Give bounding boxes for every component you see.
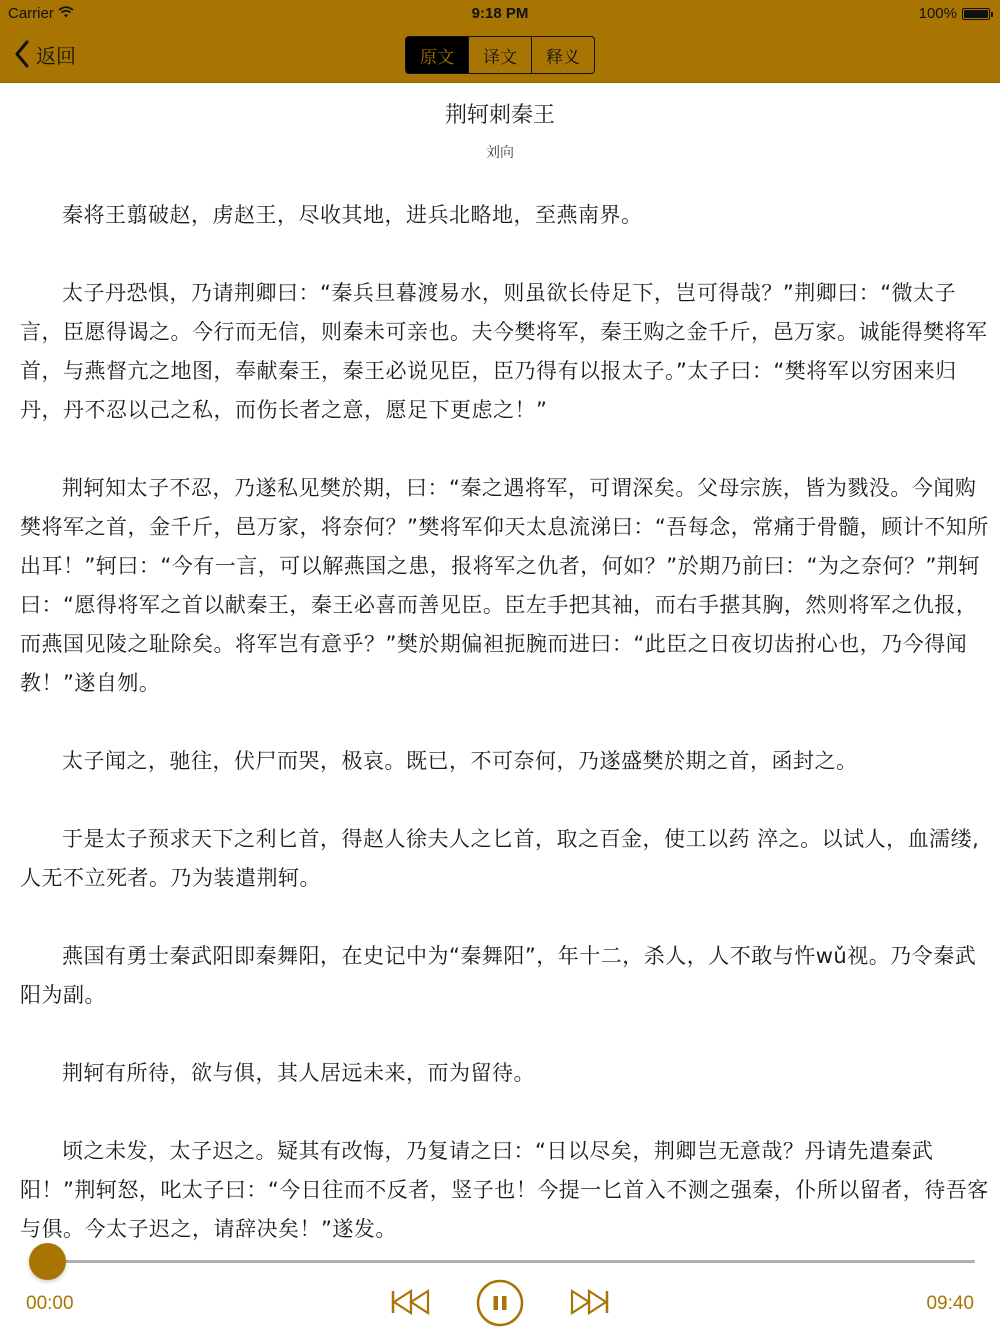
paragraph: 燕国有勇士秦武阳即秦舞阳，在史记中为“秦舞阳”，年十二，杀人，人不敢与忤wǔ视。… xyxy=(20,937,992,1015)
progress-slider[interactable] xyxy=(47,1260,975,1263)
skip-back-icon xyxy=(390,1289,430,1319)
paragraph: 荆轲有所待，欲与俱，其人居远未来，而为留待。 xyxy=(20,1054,992,1093)
pause-icon xyxy=(476,1279,524,1331)
paragraph: 太子丹恐惧，乃请荆卿曰：“秦兵旦暮渡易水，则虽欲长侍足下，岂可得哉？”荆卿曰：“… xyxy=(20,274,992,430)
tab-annotation[interactable]: 释义 xyxy=(531,37,594,73)
back-label: 返回 xyxy=(36,40,76,69)
total-time: 09:40 xyxy=(926,1293,974,1315)
battery-percent: 100% xyxy=(919,5,957,22)
article-body: 秦将王翦破赵，虏赵王，尽收其地，进兵北略地，至燕南界。 太子丹恐惧，乃请荆卿曰：… xyxy=(20,196,992,1246)
article-title: 荆轲刺秦王 xyxy=(0,98,1000,129)
play-pause-button[interactable] xyxy=(476,1281,524,1329)
tab-translation[interactable]: 译文 xyxy=(468,37,531,73)
chevron-left-icon xyxy=(14,40,30,68)
paragraph: 太子闻之，驰往，伏尸而哭，极哀。既已，不可奈何，乃遂盛樊於期之首，函封之。 xyxy=(20,742,992,781)
nav-header: Carrier 9:18 PM 100% 返回 xyxy=(0,0,1000,83)
paragraph: 荆轲知太子不忍，乃遂私见樊於期，曰：“秦之遇将军，可谓深矣。父母宗族，皆为戮没。… xyxy=(20,469,992,703)
article-author: 刘向 xyxy=(0,142,1000,162)
previous-button[interactable] xyxy=(388,1290,432,1318)
audio-player: 00:00 09:40 xyxy=(0,1245,1000,1333)
status-bar: Carrier 9:18 PM 100% xyxy=(0,0,1000,28)
progress-slider-thumb[interactable] xyxy=(29,1243,66,1280)
status-time: 9:18 PM xyxy=(0,5,1000,22)
status-battery: 100% xyxy=(919,5,990,22)
article-scroll-view[interactable]: 荆轲刺秦王 刘向 秦将王翦破赵，虏赵王，尽收其地，进兵北略地，至燕南界。 太子丹… xyxy=(0,84,1000,1246)
view-mode-segmented-control: 原文 译文 释义 xyxy=(405,36,595,74)
paragraph: 秦将王翦破赵，虏赵王，尽收其地，进兵北略地，至燕南界。 xyxy=(20,196,992,235)
next-button[interactable] xyxy=(568,1290,612,1318)
battery-icon xyxy=(962,8,990,20)
paragraph: 顷之未发，太子迟之。疑其有改悔，乃复请之曰：“日以尽矣，荆卿岂无意哉？丹请先遣秦… xyxy=(20,1132,992,1246)
tab-original-text[interactable]: 原文 xyxy=(406,37,468,73)
current-time: 00:00 xyxy=(26,1293,74,1315)
back-button[interactable]: 返回 xyxy=(14,38,76,70)
paragraph: 于是太子预求天下之利匕首，得赵人徐夫人之匕首，取之百金，使工以药 淬之。以试人，… xyxy=(20,820,992,898)
skip-forward-icon xyxy=(570,1289,610,1319)
